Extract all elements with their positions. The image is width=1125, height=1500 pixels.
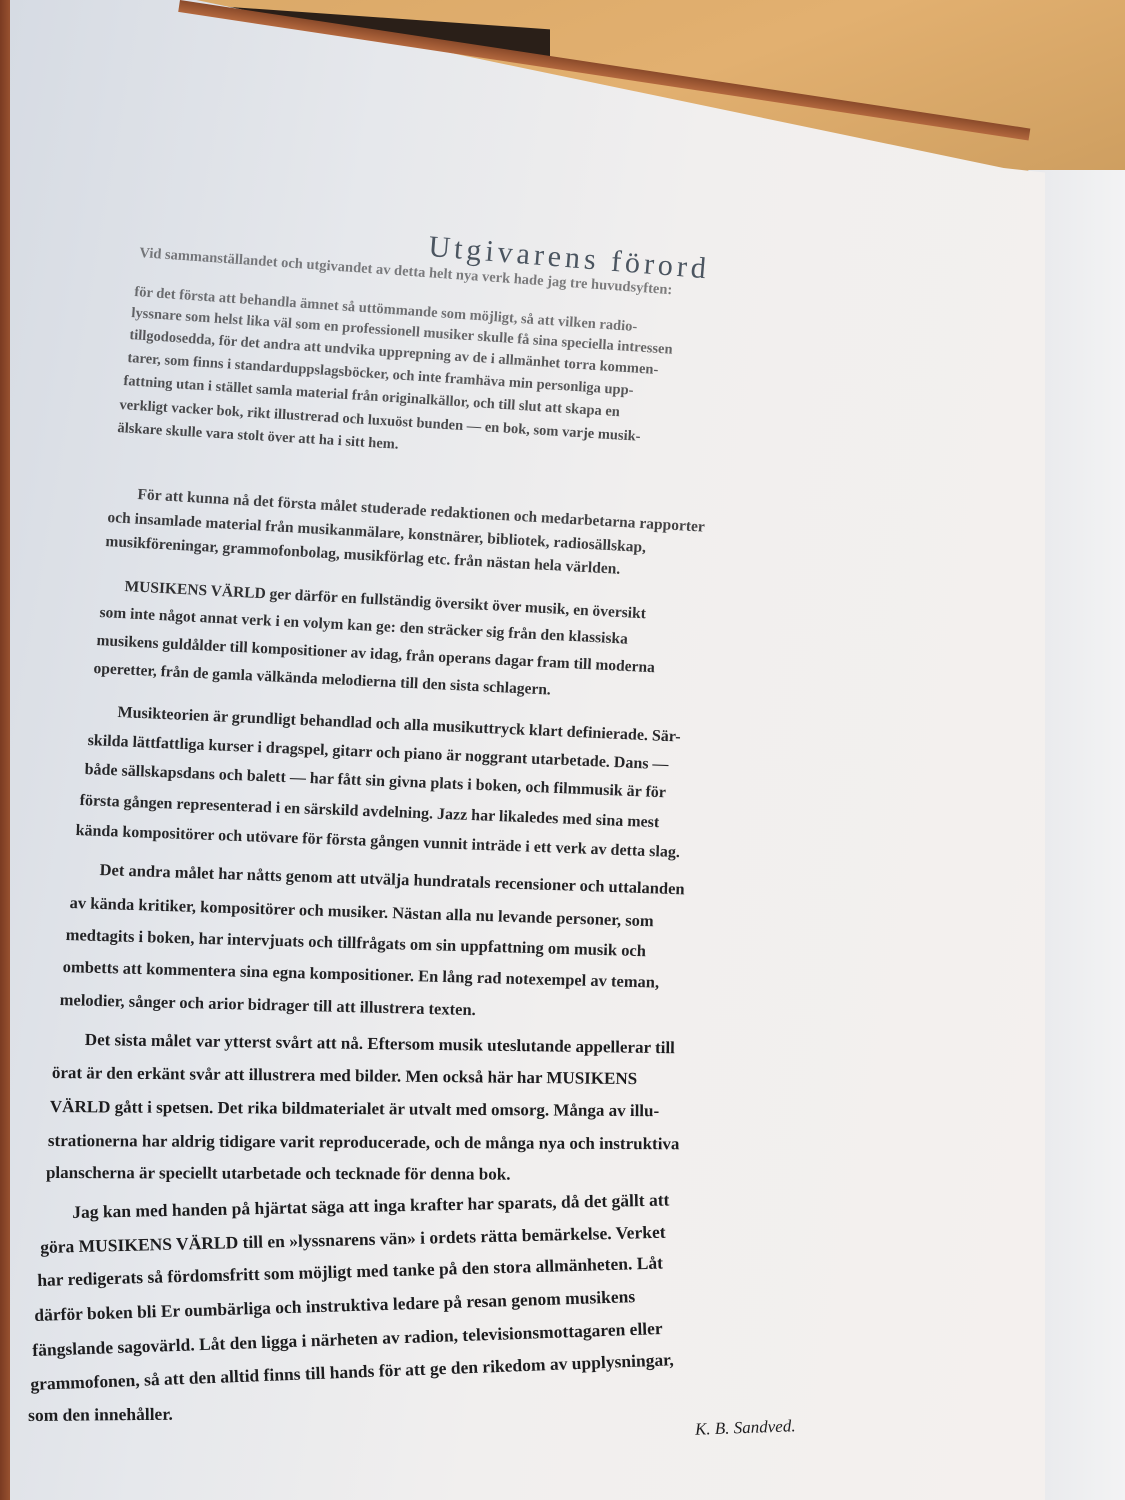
text-line: Det andra målet har nåtts genom att utvä…	[99, 860, 685, 899]
text-line: Det sista målet var ytterst svårt att nå…	[85, 1030, 675, 1058]
text-line: planscherna är speciellt utarbetade och …	[46, 1163, 511, 1185]
preface-text: Utgivarens förord K. B. Sandved. Vid sam…	[0, 0, 1125, 1500]
text-line: melodier, sånger och arior bidrager till…	[60, 990, 476, 1020]
text-line: Jag kan med handen på hjärtat säga att i…	[72, 1189, 670, 1223]
author-signature: K. B. Sandved.	[695, 1416, 796, 1439]
text-line: strationerna har aldrig tidigare varit r…	[48, 1131, 680, 1154]
text-line: VÄRLD gått i spetsen. Det rika bildmater…	[50, 1097, 659, 1121]
text-line: medtagits i boken, har intervjuats och t…	[65, 925, 646, 961]
text-line: av kända kritiker, kompositörer och musi…	[69, 893, 654, 931]
text-line: därför boken bli Er oumbärliga och instr…	[34, 1286, 635, 1326]
text-line: ombetts att kommentera sina egna komposi…	[62, 957, 659, 993]
text-line: örat är den erkänt svår att illustrera m…	[52, 1063, 637, 1089]
text-line: som den innehåller.	[28, 1404, 173, 1426]
text-line: har redigerats så fördomsfritt som möjli…	[37, 1253, 663, 1291]
text-line: göra MUSIKENS VÄRLD till en »lyssnarens …	[40, 1222, 666, 1258]
